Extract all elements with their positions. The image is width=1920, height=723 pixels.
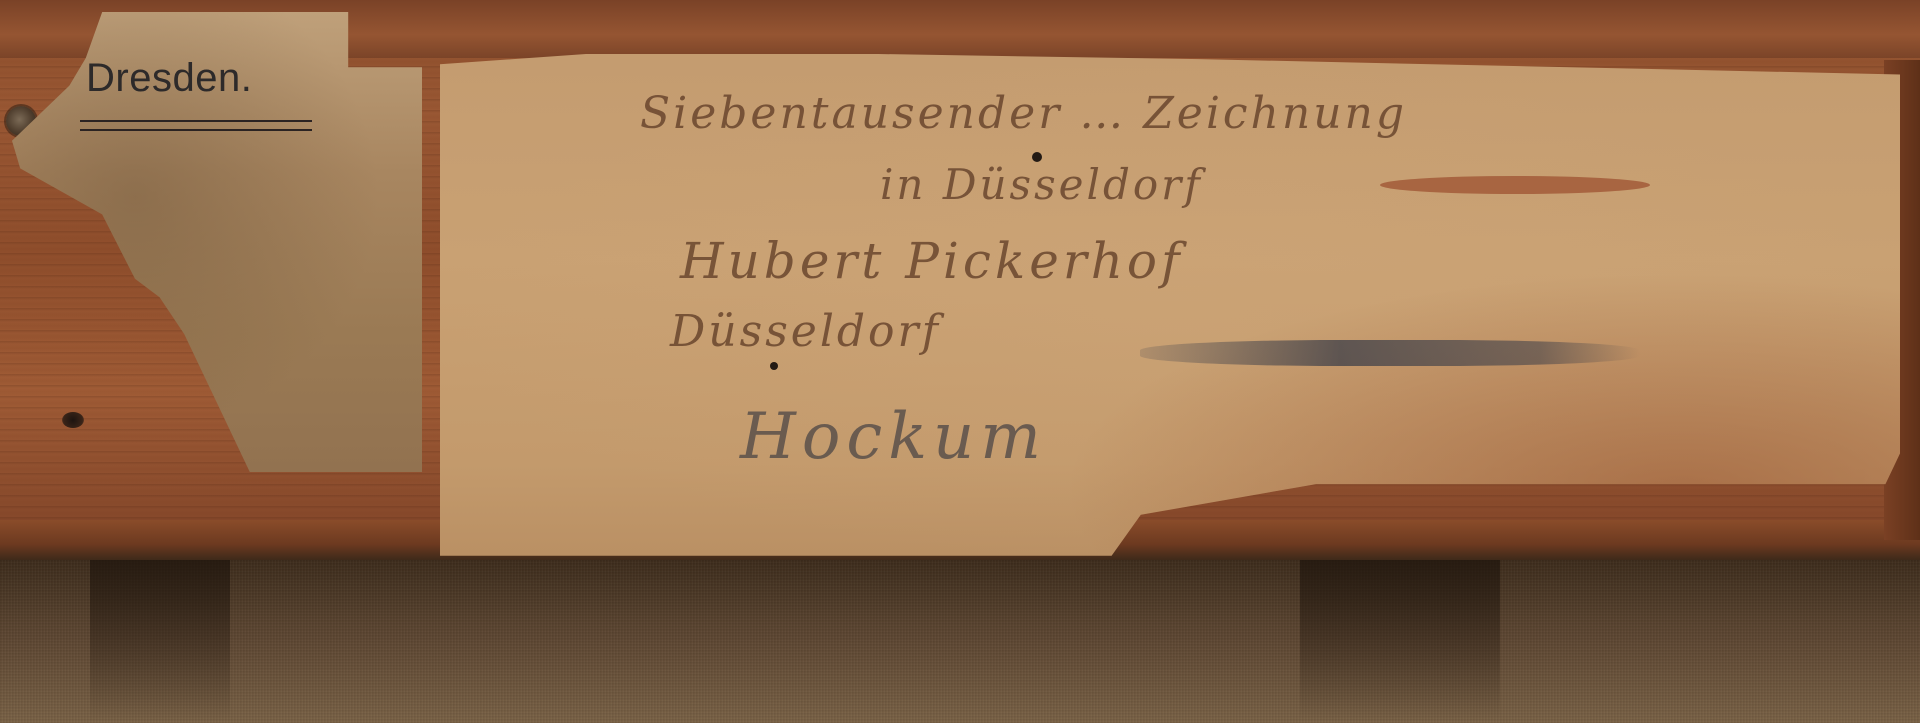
canvas-stain	[90, 560, 230, 723]
frame-back-photo: Dresden. Siebentausender … Zeichnung in …	[0, 0, 1920, 723]
wood-knot	[62, 412, 84, 428]
inscription-line-2: in Düsseldorf	[880, 160, 1203, 209]
printed-rule-line	[80, 129, 312, 131]
canvas-stain	[1300, 560, 1500, 723]
inscription-line-1: Siebentausender … Zeichnung	[640, 88, 1407, 139]
inscription-line-4: Düsseldorf	[670, 306, 941, 357]
inscription-line-3: Hubert Pickerhof	[680, 232, 1184, 290]
printed-city-text: Dresden.	[86, 56, 252, 101]
canvas-reverse	[0, 560, 1920, 723]
printed-rule-line	[80, 120, 312, 122]
nail-hole	[770, 362, 778, 370]
crossed-out-smudge	[1140, 340, 1640, 366]
pencil-signature: Hockum	[740, 400, 1047, 474]
paper-damage-strip	[1380, 176, 1650, 194]
